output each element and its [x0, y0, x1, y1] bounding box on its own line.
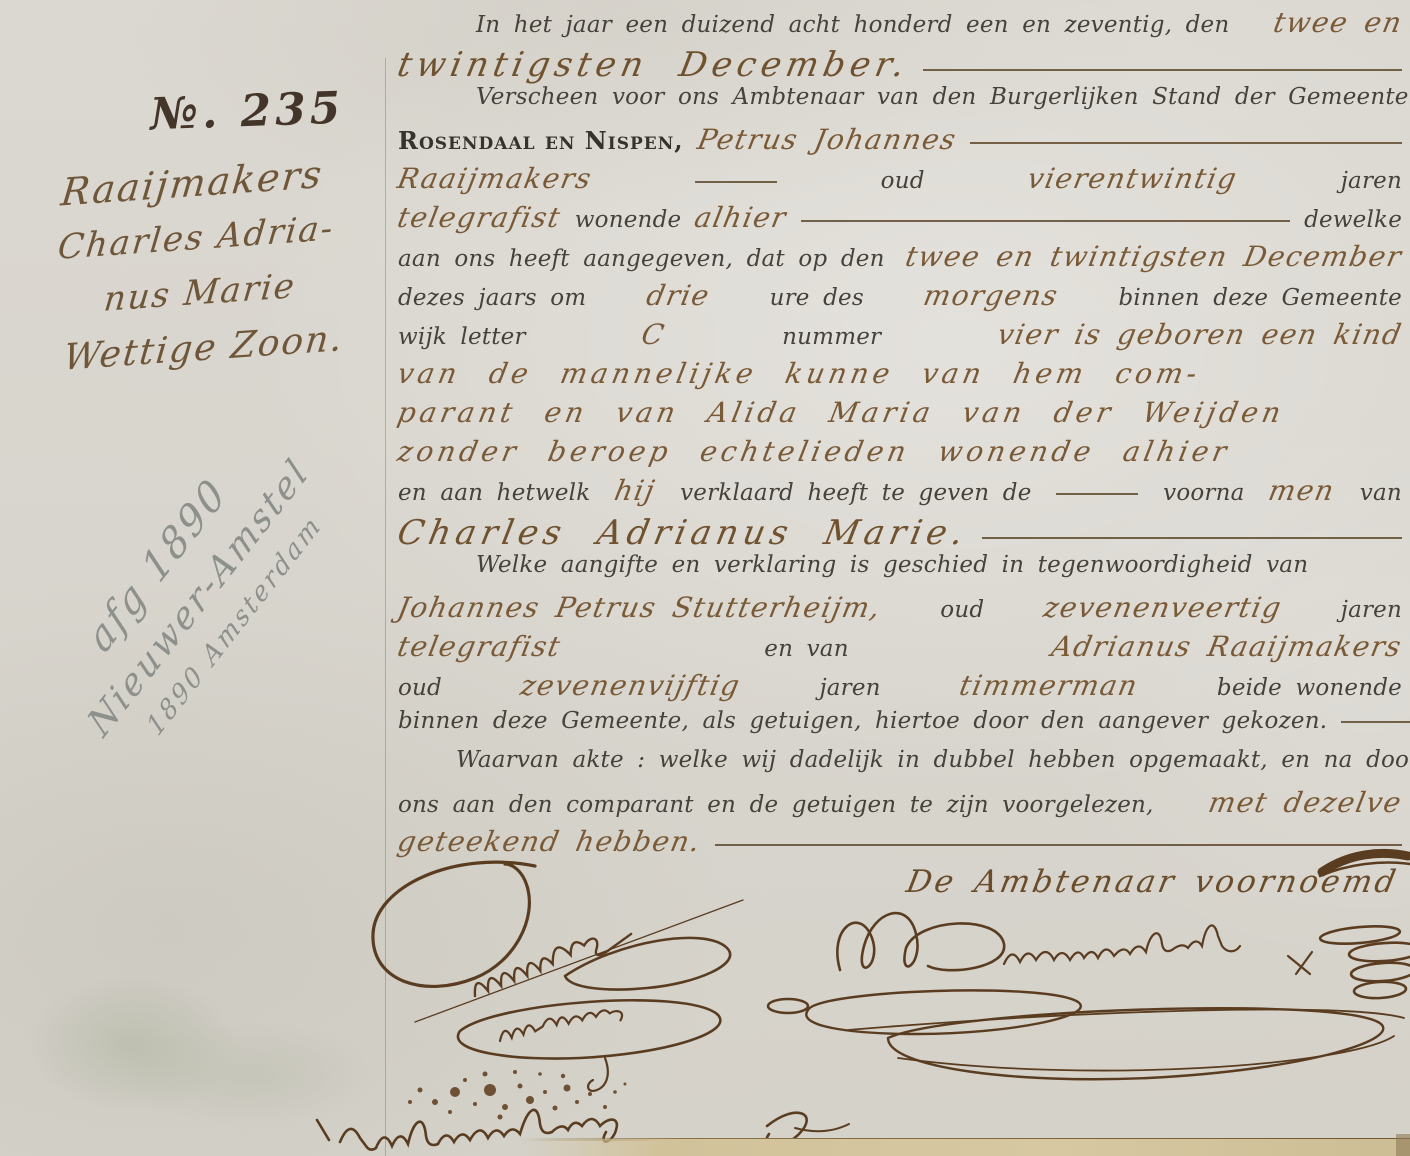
handwritten-entry: Charles Adrianus Marie. — [394, 513, 971, 553]
signature-declarant-witness — [365, 856, 745, 1088]
printed-text: en van — [764, 636, 848, 662]
body-line: Charles Adrianus Marie. — [398, 513, 1402, 552]
printed-text: nummer — [782, 324, 881, 350]
birth-certificate-page: №. 235 RaaijmakersCharles Adria-nus Mari… — [0, 0, 1410, 1156]
body-line: telegrafisten vanAdrianus Raaijmakers — [398, 630, 1402, 669]
handwritten-entry: drie — [643, 279, 712, 312]
blank-dash — [1056, 491, 1138, 495]
printed-text: wonende — [575, 207, 682, 233]
handwritten-entry: Johannes Petrus Stutterheijm, — [395, 591, 884, 624]
handwritten-entry: vier is geboren een kind — [995, 318, 1405, 351]
signature-registrar — [788, 898, 1410, 1093]
handwritten-entry: Adrianus Raaijmakers — [1049, 630, 1405, 663]
act-text: In het jaar een duizend acht honderd een… — [398, 6, 1402, 910]
printed-text: Welke aangifte en verklaring is geschied… — [476, 552, 1308, 578]
printed-text: beide wonende — [1217, 675, 1402, 701]
body-line: van de mannelijke kunne van hem com- — [398, 357, 1402, 396]
printed-text: verklaard heeft te geven de — [680, 480, 1031, 506]
handwritten-entry: Petrus Johannes — [694, 123, 959, 156]
printed-text: dewelke — [1304, 207, 1402, 233]
body-line: wijk letterCnummervier is geboren een ki… — [398, 318, 1402, 357]
handwritten-entry: geteekend hebben. — [395, 825, 704, 858]
ink-spatter — [408, 1070, 627, 1120]
body-line: telegrafistwonendealhierdewelke — [398, 201, 1402, 240]
body-line: Johannes Petrus Stutterheijm,oudzevenenv… — [398, 591, 1402, 630]
officer-flourish — [1318, 842, 1410, 880]
handwritten-entry: met dezelve — [1206, 786, 1405, 819]
handwritten-entry: twee en — [1270, 6, 1405, 39]
page-corner-shadow — [1396, 1134, 1410, 1156]
printed-text: Rosendaal en Nispen, — [398, 126, 684, 155]
flourish-strokes — [1320, 853, 1410, 876]
body-line: In het jaar een duizend acht honderd een… — [398, 6, 1402, 45]
blank-rule — [801, 218, 1290, 222]
printed-text: en aan hetwelk — [398, 480, 590, 506]
margin-name-block: RaaijmakersCharles Adria-nus MarieWettig… — [0, 143, 397, 389]
blank-rule — [715, 842, 1402, 846]
handwritten-entry: twee en twintigsten December — [903, 240, 1405, 273]
printed-text: wijk letter — [398, 324, 526, 350]
printed-text: van — [1360, 480, 1402, 506]
handwritten-entry: parant en van Alida Maria van der Weijde… — [395, 396, 1288, 429]
handwritten-entry: Raaijmakers — [395, 162, 595, 195]
printed-text: oud — [940, 597, 984, 623]
blank-rule — [923, 67, 1402, 71]
act-number: №. 235 — [149, 83, 345, 141]
body-line: oudzevenenvijftigjarentimmermanbeide won… — [398, 669, 1402, 708]
handwritten-entry: twintigsten December. — [394, 45, 913, 85]
printed-text: ons aan den comparant en de getuigen te … — [398, 792, 1154, 818]
printed-text: jaren — [1341, 597, 1402, 623]
pencil-annotation: afg 1890Nieuwer-Amstel1890 Amsterdam — [0, 363, 395, 823]
body-line: ons aan den comparant en de getuigen te … — [398, 786, 1402, 825]
handwritten-entry: zonder beroep echtelieden wonende alhier — [395, 435, 1233, 468]
body-line: Verscheen voor ons Ambtenaar van den Bur… — [398, 84, 1402, 123]
handwritten-entry: telegrafist — [395, 201, 564, 234]
page-edge — [520, 1139, 1410, 1156]
handwritten-entry: van de mannelijke kunne van hem com- — [395, 357, 1204, 390]
handwritten-entry: zevenenveertig — [1040, 591, 1284, 624]
printed-text: binnen deze Gemeente, als getuigen, hier… — [398, 708, 1327, 734]
pencil-note-line: Nieuwer-Amstel — [37, 395, 361, 802]
blank-rule — [970, 140, 1402, 144]
printed-text: voorna — [1163, 480, 1244, 506]
handwritten-entry: vierentwintig — [1025, 162, 1241, 195]
body-line: binnen deze Gemeente, als getuigen, hier… — [398, 708, 1402, 747]
handwritten-entry: morgens — [921, 279, 1062, 312]
handwritten-entry: zevenenvijftig — [518, 669, 744, 702]
printed-text: binnen deze Gemeente — [1118, 285, 1402, 311]
handwritten-entry: men — [1266, 474, 1338, 507]
body-line: zonder beroep echtelieden wonende alhier — [398, 435, 1402, 474]
handwritten-entry: telegrafist — [395, 630, 564, 663]
blank-dash — [695, 179, 777, 183]
printed-text: Verscheen voor ons Ambtenaar van den Bur… — [476, 84, 1409, 110]
printed-text: oud — [881, 168, 925, 194]
body-line: twintigsten December. — [398, 45, 1402, 84]
body-line: Raaijmakersoudvierentwintigjaren — [398, 162, 1402, 201]
handwritten-entry: alhier — [692, 201, 790, 234]
body-line: Waarvan akte : welke wij dadelijk in dub… — [398, 747, 1402, 786]
printed-text: dezes jaars om — [398, 285, 586, 311]
handwritten-entry: hij — [612, 474, 659, 507]
printed-text: Waarvan akte : welke wij dadelijk in dub… — [456, 747, 1410, 773]
handwritten-entry: timmerman — [957, 669, 1141, 702]
body-line: aan ons heeft aangegeven, dat op dentwee… — [398, 240, 1402, 279]
printed-text: jaren — [819, 675, 880, 701]
printed-text: jaren — [1341, 168, 1402, 194]
body-line: parant en van Alida Maria van der Weijde… — [398, 396, 1402, 435]
body-line: dezes jaars omdrieure desmorgensbinnen d… — [398, 279, 1402, 318]
body-line: en aan hetwelkhijverklaard heeft te geve… — [398, 474, 1402, 513]
printed-text: oud — [398, 675, 442, 701]
signature-declarant — [373, 862, 743, 1022]
printed-text: ure des — [770, 285, 864, 311]
printed-text: In het jaar een duizend acht honderd een… — [476, 12, 1229, 38]
registrar-initials — [837, 913, 1312, 974]
printed-text: aan ons heeft aangegeven, dat op den — [398, 246, 885, 272]
blank-dash — [1341, 719, 1410, 723]
blank-rule — [982, 535, 1402, 539]
body-line: Rosendaal en Nispen,Petrus Johannes — [398, 123, 1402, 162]
registrar-flourish — [806, 990, 1404, 1079]
handwritten-entry: C — [639, 318, 668, 351]
body-line: Welke aangifte en verklaring is geschied… — [398, 552, 1402, 591]
